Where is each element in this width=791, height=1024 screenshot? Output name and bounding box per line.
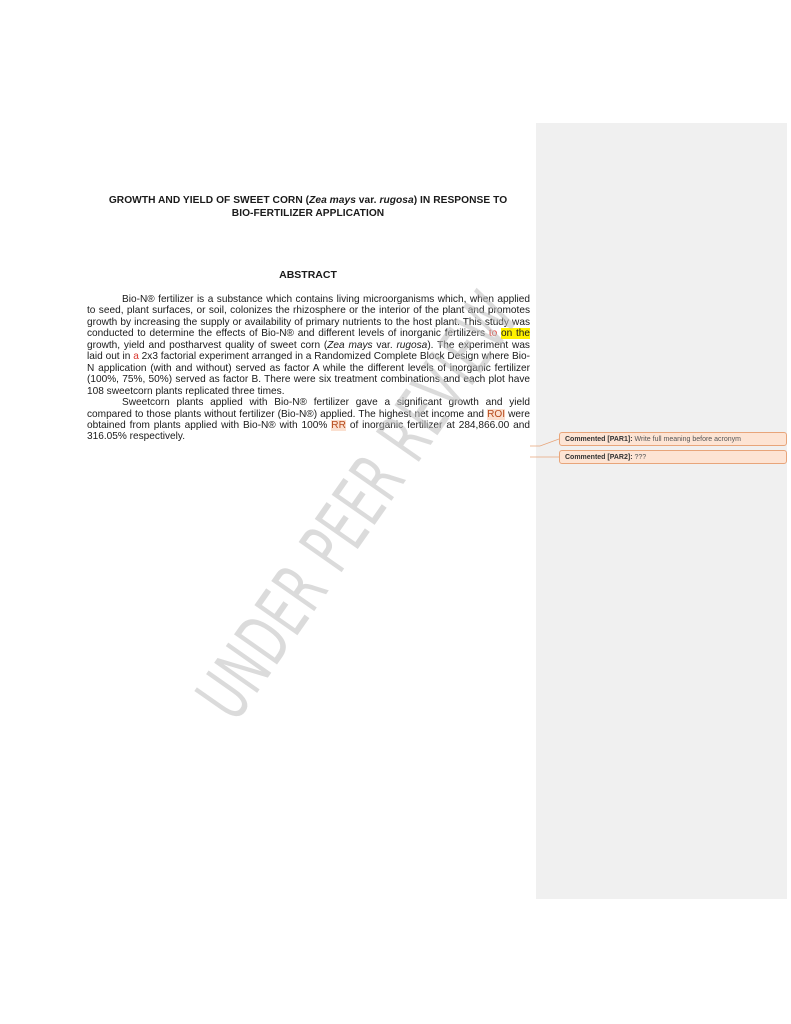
paragraph-text: Sweetcorn plants applied with Bio-N® fer… [87,397,530,419]
paragraph-text: var. [373,340,397,351]
variety-name: rugosa [396,340,427,351]
comment-text: Write full meaning before acronym [635,436,741,443]
comment-par2[interactable]: Commented [PAR2]: ??? [559,450,787,464]
comment-anchor-roi[interactable]: ROI [487,409,505,420]
title-text: ) IN RESPONSE TO [414,195,507,206]
comment-author: Commented [PAR2]: [565,454,633,461]
paragraph-text: Bio-N® fertilizer is a substance which c… [87,294,530,339]
abstract-paragraph-1[interactable]: Bio-N® fertilizer is a substance which c… [87,294,530,397]
abstract-body[interactable]: Bio-N® fertilizer is a substance which c… [87,294,530,443]
comment-anchor-rr[interactable]: RR [331,420,346,431]
paragraph-text: 2x3 factorial experiment arranged in a R… [87,351,530,396]
document-title: GROWTH AND YIELD OF SWEET CORN (Zea mays… [82,194,534,220]
tracked-change-deletion[interactable]: to [489,328,497,339]
abstract-paragraph-2[interactable]: Sweetcorn plants applied with Bio-N® fer… [87,397,530,443]
abstract-heading: ABSTRACT [82,269,534,282]
title-line2: BIO-FERTILIZER APPLICATION [232,208,384,219]
comment-pane [536,123,787,899]
paragraph-text: growth, yield and postharvest quality of… [87,340,327,351]
species-name: Zea mays [327,340,372,351]
document-page: GROWTH AND YIELD OF SWEET CORN (Zea mays… [0,0,791,1024]
highlighted-text[interactable]: on the [501,328,530,339]
under-peer-review-watermark: UNDER PEER REVIEW [182,443,418,733]
title-variety: rugosa [379,195,413,206]
title-species: Zea mays [309,195,356,206]
title-text: var. [356,195,380,206]
title-text: GROWTH AND YIELD OF SWEET CORN ( [109,195,309,206]
comment-par1[interactable]: Commented [PAR1]: Write full meaning bef… [559,432,787,446]
comment-author: Commented [PAR1]: [565,436,633,443]
comment-text: ??? [635,454,647,461]
